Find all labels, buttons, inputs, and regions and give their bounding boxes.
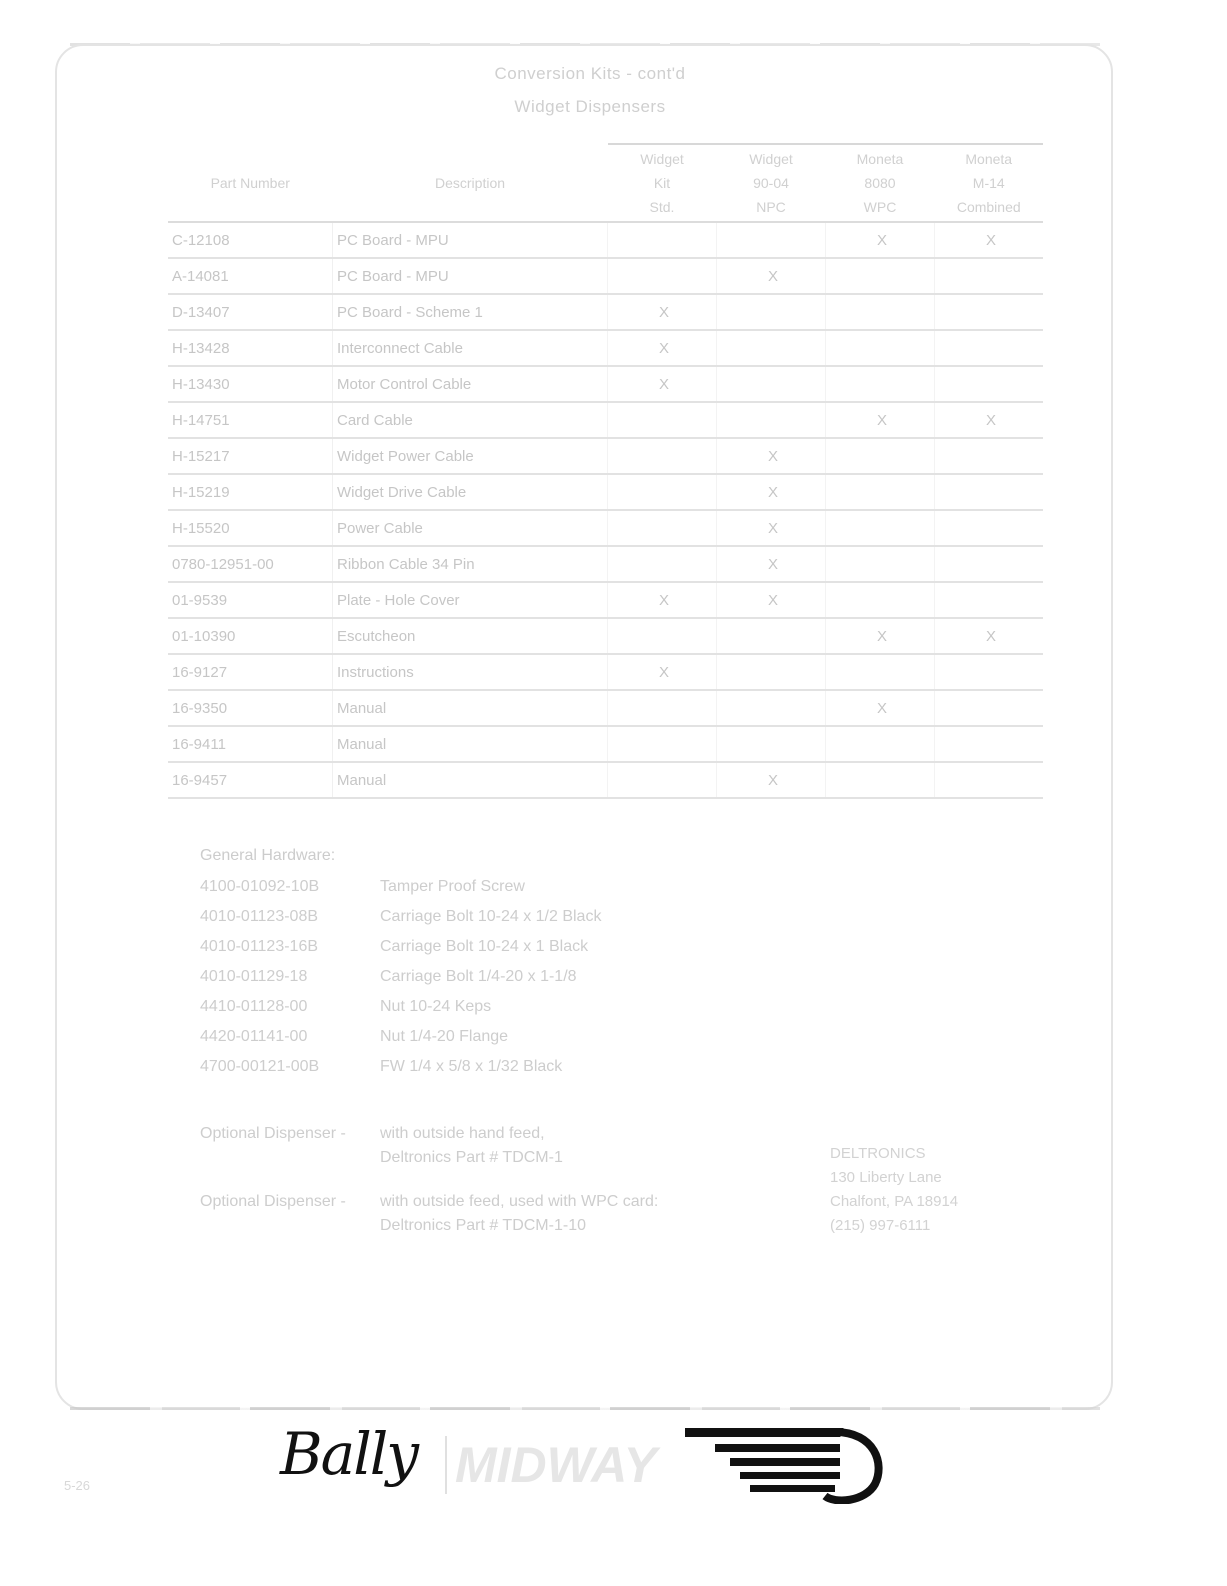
applicability-mark: X <box>717 474 826 510</box>
applicability-mark <box>935 438 1044 474</box>
table-row: 16-9457ManualX <box>168 762 1043 798</box>
applicability-mark <box>717 654 826 690</box>
applicability-mark <box>608 402 717 438</box>
table-row: 16-9350ManualX <box>168 690 1043 726</box>
hardware-item: 4410-01128-00Nut 10-24 Keps <box>200 998 601 1028</box>
table-row: H-13428Interconnect CableX <box>168 330 1043 366</box>
parts-table: Part NumberDescriptionWidgetKitStd.Widge… <box>168 143 1043 799</box>
part-number-cell: H-15219 <box>168 474 333 510</box>
hardware-part-number: 4420-01141-00 <box>200 1028 380 1058</box>
table-row: H-14751Card CableXX <box>168 402 1043 438</box>
address-line: Chalfont, PA 18914 <box>830 1190 958 1214</box>
applicability-mark: X <box>826 690 935 726</box>
part-number-cell: A-14081 <box>168 258 333 294</box>
logo-script: Bally <box>280 1420 417 1488</box>
hardware-part-number: 4700-00121-00B <box>200 1058 380 1088</box>
address-line: 130 Liberty Lane <box>830 1166 958 1190</box>
applicability-mark <box>717 618 826 654</box>
applicability-mark <box>717 222 826 258</box>
applicability-mark: X <box>935 222 1044 258</box>
applicability-mark: X <box>717 438 826 474</box>
hardware-item: 4010-01123-16BCarriage Bolt 10-24 x 1 Bl… <box>200 938 601 968</box>
applicability-mark <box>608 546 717 582</box>
applicability-mark <box>608 762 717 798</box>
part-number-cell: H-15217 <box>168 438 333 474</box>
part-number-cell: H-14751 <box>168 402 333 438</box>
applicability-mark: X <box>608 294 717 330</box>
hardware-item: 4010-01129-18Carriage Bolt 1/4-20 x 1-1/… <box>200 968 601 998</box>
hardware-list: 4100-01092-10BTamper Proof Screw4010-011… <box>200 878 601 1088</box>
description-cell: PC Board - Scheme 1 <box>333 294 608 330</box>
table-row: H-13430Motor Control CableX <box>168 366 1043 402</box>
page-number: 5-26 <box>64 1478 90 1493</box>
hardware-item: 4420-01141-00Nut 1/4-20 Flange <box>200 1028 601 1058</box>
address-line: DELTRONICS <box>830 1142 958 1166</box>
applicability-mark <box>935 510 1044 546</box>
wing-emblem-icon <box>685 1424 885 1504</box>
column-header: Widget90-04NPC <box>717 144 826 222</box>
applicability-mark <box>608 474 717 510</box>
address-line: (215) 997-6111 <box>830 1214 958 1238</box>
table-row: H-15219Widget Drive CableX <box>168 474 1043 510</box>
description-cell: Instructions <box>333 654 608 690</box>
applicability-mark: X <box>717 582 826 618</box>
description-cell: Ribbon Cable 34 Pin <box>333 546 608 582</box>
table-row: H-15217Widget Power CableX <box>168 438 1043 474</box>
part-number-cell: C-12108 <box>168 222 333 258</box>
bally-midway-logo: Bally MIDWAY <box>280 1420 890 1510</box>
hardware-description: Carriage Bolt 10-24 x 1/2 Black <box>380 908 601 938</box>
applicability-mark <box>935 690 1044 726</box>
part-number-cell: 01-9539 <box>168 582 333 618</box>
hardware-item: 4700-00121-00BFW 1/4 x 5/8 x 1/32 Black <box>200 1058 601 1088</box>
applicability-mark: X <box>608 582 717 618</box>
applicability-mark: X <box>826 222 935 258</box>
applicability-mark <box>826 546 935 582</box>
applicability-mark: X <box>608 366 717 402</box>
applicability-mark: X <box>717 258 826 294</box>
applicability-mark <box>826 438 935 474</box>
optional-line: with outside hand feed, <box>380 1125 545 1142</box>
logo-block: MIDWAY <box>445 1436 657 1494</box>
part-number-cell: D-13407 <box>168 294 333 330</box>
applicability-mark <box>826 294 935 330</box>
description-cell: Plate - Hole Cover <box>333 582 608 618</box>
description-cell: Widget Drive Cable <box>333 474 608 510</box>
optional-dispenser-1: Optional Dispenser -with outside hand fe… <box>200 1122 563 1170</box>
applicability-mark <box>935 258 1044 294</box>
column-header: WidgetKitStd. <box>608 144 717 222</box>
hardware-description: Carriage Bolt 1/4-20 x 1-1/8 <box>380 968 577 998</box>
applicability-mark <box>935 582 1044 618</box>
description-cell: Escutcheon <box>333 618 608 654</box>
table-row: D-13407PC Board - Scheme 1X <box>168 294 1043 330</box>
applicability-mark <box>608 618 717 654</box>
column-header: MonetaM-14Combined <box>935 144 1044 222</box>
page-border-bottom <box>70 1407 1100 1410</box>
part-number-cell: 01-10390 <box>168 618 333 654</box>
applicability-mark <box>935 330 1044 366</box>
description-cell: Manual <box>333 762 608 798</box>
applicability-mark <box>826 330 935 366</box>
optional-line: Deltronics Part # TDCM-1-10 <box>200 1214 658 1238</box>
table-row: A-14081PC Board - MPUX <box>168 258 1043 294</box>
description-cell: PC Board - MPU <box>333 222 608 258</box>
applicability-mark: X <box>608 654 717 690</box>
table-row: H-15520Power CableX <box>168 510 1043 546</box>
hardware-description: Nut 10-24 Keps <box>380 998 491 1028</box>
applicability-mark <box>935 474 1044 510</box>
applicability-mark <box>717 330 826 366</box>
part-number-cell: 16-9127 <box>168 654 333 690</box>
applicability-mark <box>608 726 717 762</box>
applicability-mark <box>935 366 1044 402</box>
applicability-mark: X <box>826 618 935 654</box>
part-number-cell: 0780-12951-00 <box>168 546 333 582</box>
hardware-part-number: 4410-01128-00 <box>200 998 380 1028</box>
part-number-cell: H-15520 <box>168 510 333 546</box>
applicability-mark <box>717 402 826 438</box>
column-header: Part Number <box>168 144 333 222</box>
applicability-mark <box>608 258 717 294</box>
applicability-mark: X <box>826 402 935 438</box>
part-number-cell: H-13430 <box>168 366 333 402</box>
description-cell: Interconnect Cable <box>333 330 608 366</box>
hardware-description: Carriage Bolt 10-24 x 1 Black <box>380 938 588 968</box>
description-cell: Motor Control Cable <box>333 366 608 402</box>
table-row: 16-9411Manual <box>168 726 1043 762</box>
optional-label: Optional Dispenser - <box>200 1122 380 1146</box>
applicability-mark <box>608 438 717 474</box>
applicability-mark <box>826 726 935 762</box>
applicability-mark <box>826 654 935 690</box>
applicability-mark <box>935 726 1044 762</box>
optional-label: Optional Dispenser - <box>200 1190 380 1214</box>
applicability-mark: X <box>717 762 826 798</box>
applicability-mark <box>826 762 935 798</box>
page-title: Conversion Kits - cont'd <box>0 64 1180 84</box>
table-row: 0780-12951-00Ribbon Cable 34 PinX <box>168 546 1043 582</box>
applicability-mark <box>826 366 935 402</box>
hardware-description: Tamper Proof Screw <box>380 878 525 908</box>
applicability-mark <box>826 582 935 618</box>
optional-line: Deltronics Part # TDCM-1 <box>200 1146 563 1170</box>
hardware-part-number: 4010-01129-18 <box>200 968 380 998</box>
table-row: 01-10390EscutcheonXX <box>168 618 1043 654</box>
applicability-mark <box>826 258 935 294</box>
optional-dispenser-2: Optional Dispenser -with outside feed, u… <box>200 1190 658 1238</box>
table-row: C-12108PC Board - MPUXX <box>168 222 1043 258</box>
supplier-address: DELTRONICS 130 Liberty Lane Chalfont, PA… <box>830 1142 958 1238</box>
hardware-description: Nut 1/4-20 Flange <box>380 1028 508 1058</box>
applicability-mark: X <box>608 330 717 366</box>
hardware-title: General Hardware: <box>200 847 335 865</box>
hardware-part-number: 4010-01123-16B <box>200 938 380 968</box>
hardware-description: FW 1/4 x 5/8 x 1/32 Black <box>380 1058 562 1088</box>
description-cell: Card Cable <box>333 402 608 438</box>
applicability-mark: X <box>935 402 1044 438</box>
description-cell: Manual <box>333 690 608 726</box>
hardware-part-number: 4010-01123-08B <box>200 908 380 938</box>
part-number-cell: 16-9350 <box>168 690 333 726</box>
part-number-cell: 16-9457 <box>168 762 333 798</box>
applicability-mark <box>717 690 826 726</box>
column-header: Description <box>333 144 608 222</box>
hardware-item: 4010-01123-08BCarriage Bolt 10-24 x 1/2 … <box>200 908 601 938</box>
applicability-mark <box>717 726 826 762</box>
applicability-mark <box>935 546 1044 582</box>
applicability-mark <box>935 294 1044 330</box>
applicability-mark <box>826 474 935 510</box>
description-cell: PC Board - MPU <box>333 258 608 294</box>
hardware-part-number: 4100-01092-10B <box>200 878 380 908</box>
applicability-mark: X <box>717 510 826 546</box>
applicability-mark <box>935 762 1044 798</box>
applicability-mark: X <box>717 546 826 582</box>
table-body: C-12108PC Board - MPUXXA-14081PC Board -… <box>168 222 1043 798</box>
optional-line: with outside feed, used with WPC card: <box>380 1193 658 1210</box>
applicability-mark <box>826 510 935 546</box>
table-header-row: Part NumberDescriptionWidgetKitStd.Widge… <box>168 144 1043 222</box>
applicability-mark <box>608 690 717 726</box>
part-number-cell: 16-9411 <box>168 726 333 762</box>
page-subtitle: Widget Dispensers <box>0 97 1180 117</box>
applicability-mark <box>608 510 717 546</box>
part-number-cell: H-13428 <box>168 330 333 366</box>
description-cell: Widget Power Cable <box>333 438 608 474</box>
applicability-mark: X <box>935 618 1044 654</box>
hardware-item: 4100-01092-10BTamper Proof Screw <box>200 878 601 908</box>
table-row: 01-9539Plate - Hole CoverXX <box>168 582 1043 618</box>
applicability-mark <box>717 294 826 330</box>
applicability-mark <box>717 366 826 402</box>
applicability-mark <box>608 222 717 258</box>
table-row: 16-9127InstructionsX <box>168 654 1043 690</box>
description-cell: Manual <box>333 726 608 762</box>
description-cell: Power Cable <box>333 510 608 546</box>
applicability-mark <box>935 654 1044 690</box>
column-header: Moneta8080WPC <box>826 144 935 222</box>
